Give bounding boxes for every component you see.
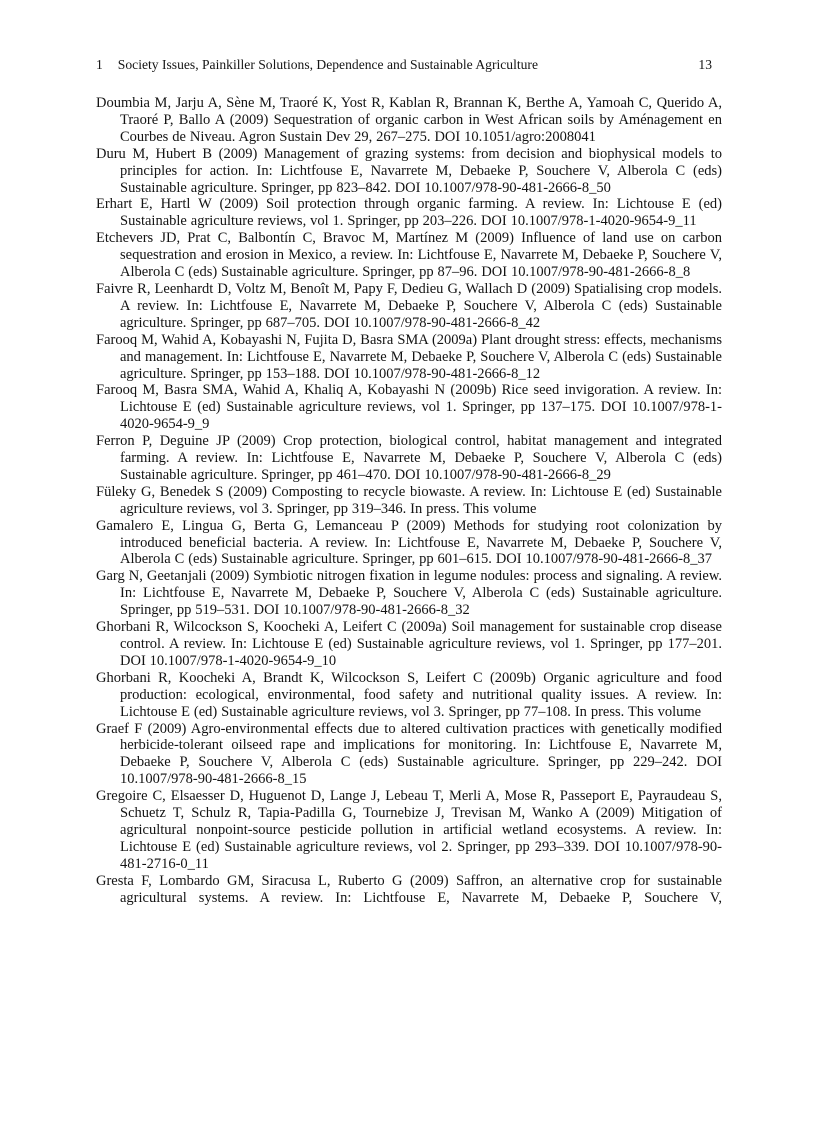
reference-entry: Ferron P, Deguine JP (2009) Crop protect… — [96, 433, 722, 484]
references-list: Doumbia M, Jarju A, Sène M, Traoré K, Yo… — [96, 95, 722, 907]
reference-entry: Faivre R, Leenhardt D, Voltz M, Benoît M… — [96, 281, 722, 332]
reference-entry: Gamalero E, Lingua G, Berta G, Lemanceau… — [96, 518, 722, 569]
reference-entry: Gresta F, Lombardo GM, Siracusa L, Ruber… — [96, 873, 722, 907]
reference-entry: Doumbia M, Jarju A, Sène M, Traoré K, Yo… — [96, 95, 722, 146]
reference-entry: Ghorbani R, Koocheki A, Brandt K, Wilcoc… — [96, 670, 722, 721]
reference-entry: Etchevers JD, Prat C, Balbontín C, Bravo… — [96, 230, 722, 281]
page-number: 13 — [698, 57, 722, 73]
reference-entry: Füleky G, Benedek S (2009) Composting to… — [96, 484, 722, 518]
reference-entry: Duru M, Hubert B (2009) Management of gr… — [96, 146, 722, 197]
reference-entry: Garg N, Geetanjali (2009) Symbiotic nitr… — [96, 568, 722, 619]
reference-entry: Gregoire C, Elsaesser D, Huguenot D, Lan… — [96, 788, 722, 873]
reference-entry: Farooq M, Wahid A, Kobayashi N, Fujita D… — [96, 332, 722, 383]
chapter-number: 1 — [96, 57, 103, 73]
reference-entry: Graef F (2009) Agro-environmental effect… — [96, 721, 722, 789]
reference-entry: Erhart E, Hartl W (2009) Soil protection… — [96, 196, 722, 230]
running-header: 1 Society Issues, Painkiller Solutions, … — [96, 57, 722, 73]
reference-entry: Farooq M, Basra SMA, Wahid A, Khaliq A, … — [96, 382, 722, 433]
reference-entry: Ghorbani R, Wilcockson S, Koocheki A, Le… — [96, 619, 722, 670]
book-page: 1 Society Issues, Painkiller Solutions, … — [0, 0, 816, 1123]
chapter-title: Society Issues, Painkiller Solutions, De… — [118, 57, 699, 73]
